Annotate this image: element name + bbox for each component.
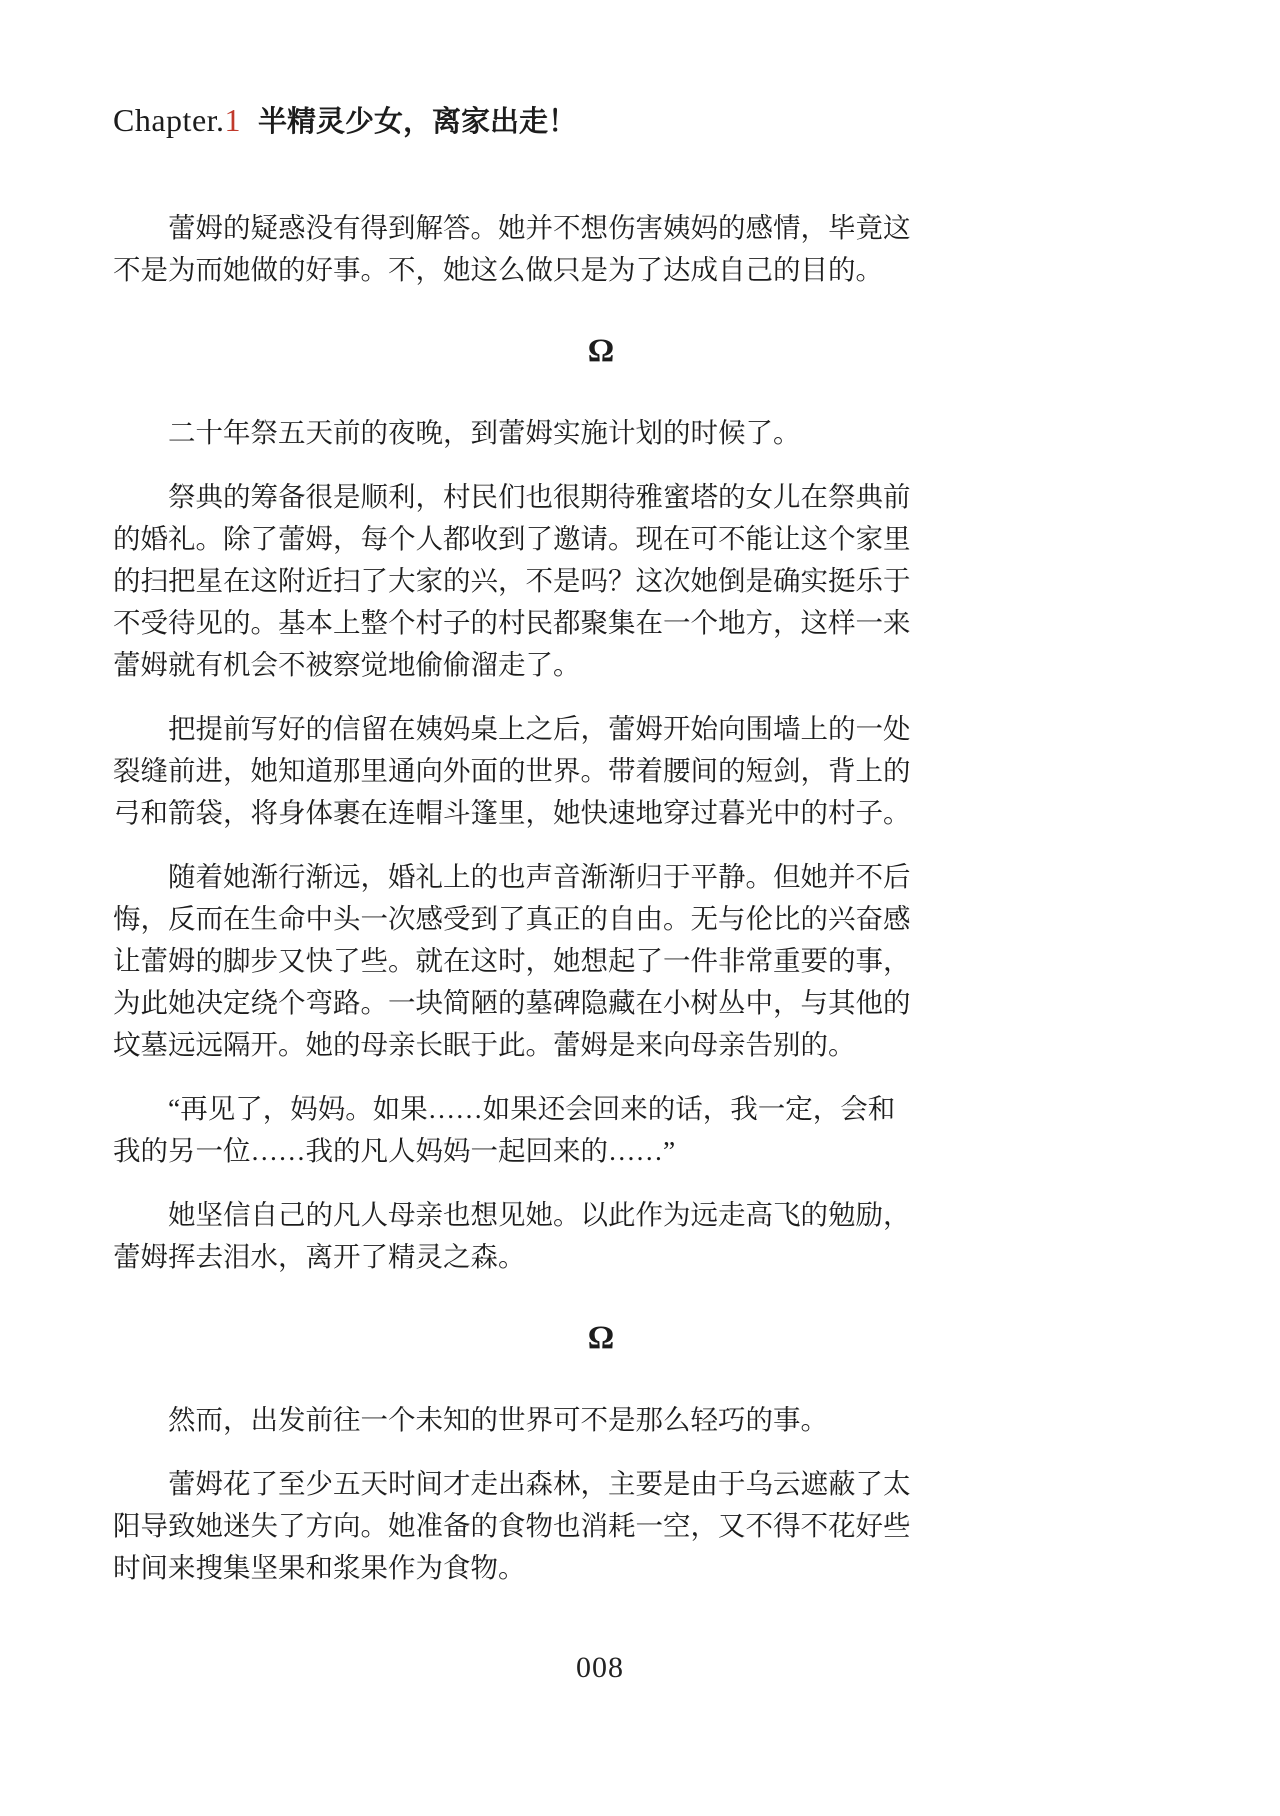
paragraph: 然而，出发前往一个未知的世界可不是那么轻巧的事。 <box>113 1399 913 1441</box>
paragraph: “再见了，妈妈。如果……如果还会回来的话，我一定，会和我的另一位……我的凡人妈妈… <box>113 1088 913 1172</box>
chapter-heading: Chapter.1 半精灵少女，离家出走！ <box>113 99 577 143</box>
book-page: Chapter.1 半精灵少女，离家出走！ 蕾姆的疑惑没有得到解答。她并不想伤害… <box>0 0 1280 1816</box>
body-text: 蕾姆的疑惑没有得到解答。她并不想伤害姨妈的感情，毕竟这不是为而她做的好事。不，她… <box>113 207 913 1611</box>
section-divider-omega: Ω <box>201 1317 1001 1359</box>
page-number: 008 <box>576 1647 624 1689</box>
paragraph: 二十年祭五天前的夜晚，到蕾姆实施计划的时候了。 <box>113 412 913 454</box>
chapter-prefix: Chapter. <box>113 102 225 138</box>
paragraph: 蕾姆的疑惑没有得到解答。她并不想伤害姨妈的感情，毕竟这不是为而她做的好事。不，她… <box>113 207 913 291</box>
paragraph: 她坚信自己的凡人母亲也想见她。以此作为远走高飞的勉励，蕾姆挥去泪水，离开了精灵之… <box>113 1194 913 1278</box>
paragraph: 随着她渐行渐远，婚礼上的也声音渐渐归于平静。但她并不后悔，反而在生命中头一次感受… <box>113 856 913 1066</box>
paragraph: 祭典的筹备很是顺利，村民们也很期待雅蜜塔的女儿在祭典前的婚礼。除了蕾姆，每个人都… <box>113 476 913 686</box>
chapter-title: 半精灵少女，离家出走！ <box>258 106 577 138</box>
paragraph: 蕾姆花了至少五天时间才走出森林，主要是由于乌云遮蔽了太阳导致她迷失了方向。她准备… <box>113 1463 913 1589</box>
paragraph: 把提前写好的信留在姨妈桌上之后，蕾姆开始向围墙上的一处裂缝前进，她知道那里通向外… <box>113 708 913 834</box>
section-divider-omega: Ω <box>201 330 1001 372</box>
chapter-number: 1 <box>225 102 241 138</box>
